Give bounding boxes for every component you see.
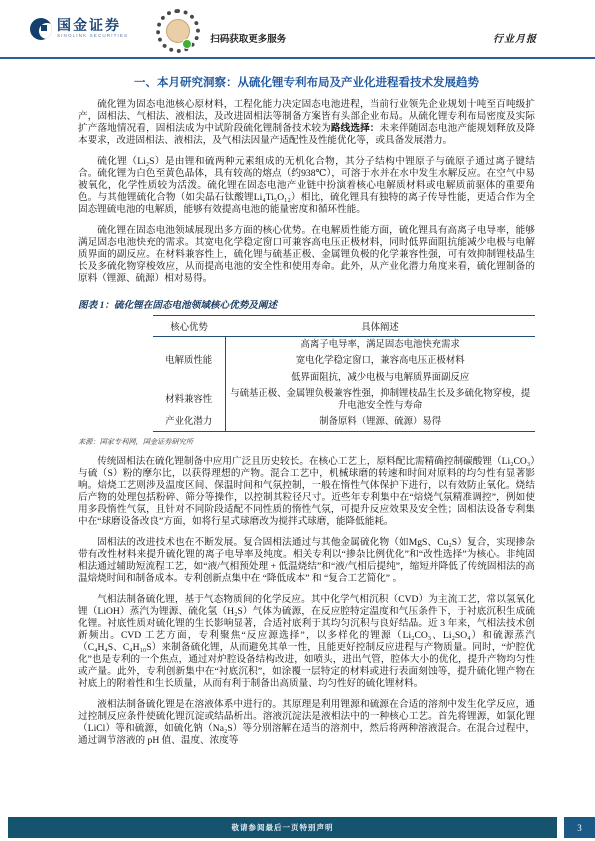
text-run: 传统固相法在硫化锂制备中应用广泛且历史较长。在核心工艺上，原料配比需精确控制碳酸… <box>78 456 535 527</box>
body-paragraph: 固相法的改进技术也在不断发展。复合固相法通过与其他金属硫化物（如MgS、Cu₂S… <box>78 537 535 585</box>
body-paragraph: 传统固相法在硫化锂制备中应用广泛且历史较长。在核心工艺上，原料配比需精确控制碳酸… <box>78 456 535 528</box>
text-run: 液相法制备硫化锂是在溶液体系中进行的。其原理是利用锂源和硫源在合适的溶剂中发生化… <box>78 699 535 746</box>
figure-title: 图表 1：硫化锂在固态电池领域核心优势及阐述 <box>78 297 535 311</box>
detail-cell: 与硫基正极、金属锂负极兼容性强，抑制锂枝晶生长及多硫化物穿梭，提升电池安全性与寿… <box>225 387 535 415</box>
column-header-detail: 具体阐述 <box>225 316 535 337</box>
footer-disclaimer-bar: 敬请参阅最后一页特别声明 <box>8 817 557 838</box>
advantage-cell: 材料兼容性 <box>153 387 225 415</box>
report-type-label: 行业月报 <box>493 30 537 45</box>
qr-code[interactable] <box>156 9 200 53</box>
page-number: 3 <box>577 823 582 833</box>
table-header-row: 核心优势 具体阐述 <box>153 316 535 337</box>
sinolink-logo-icon <box>30 18 52 40</box>
body-paragraph: 硫化锂（Li₂S）是由锂和硫两种元素组成的无机化合物，其分子结构中锂原子与硫原子… <box>78 156 535 216</box>
body-paragraph: 气相法制备硫化锂，基于气态物质间的化学反应。其中化学气相沉积（CVD）为主流工艺… <box>78 594 535 690</box>
body-paragraph: 硫化锂在固态电池领域展现出多方面的核心优势。在电解质性能方面，硫化锂具有高离子电… <box>78 225 535 285</box>
table-row: 电解质性能高离子电导率，满足固态电池快充需求 <box>153 337 535 354</box>
figure-table: 核心优势 具体阐述 电解质性能高离子电导率，满足固态电池快充需求宽电化学稳定窗口… <box>153 315 535 432</box>
sinolink-logo-text: 国金证券 SINOLINK SECURITIES <box>57 18 128 39</box>
table-row: 产业化潜力制备原料（锂源、硫源）易得 <box>153 415 535 432</box>
page-footer: 敬请参阅最后一页特别声明 3 <box>0 817 595 838</box>
text-run: 固相法的改进技术也在不断发展。复合固相法通过与其他金属硫化物（如MgS、Cu₂S… <box>78 537 535 584</box>
qr-wechat-dot-icon <box>182 39 192 49</box>
detail-cell: 低界面阻抗，减少电极与电解质界面副反应 <box>225 370 535 387</box>
advantage-cell: 电解质性能 <box>153 337 225 387</box>
body-paragraph: 液相法制备硫化锂是在溶液体系中进行的。其原理是利用锂源和硫源在合适的溶剂中发生化… <box>78 699 535 747</box>
body-paragraph: 硫化锂为固态电池核心原材料，工程化能力决定固态电池进程，当前行业领先企业规划十吨… <box>78 99 535 147</box>
footer-disclaimer-text: 敬请参阅最后一页特别声明 <box>232 822 334 833</box>
figure-block: 图表 1：硫化锂在固态电池领域核心优势及阐述 核心优势 具体阐述 电解质性能高离… <box>78 297 535 447</box>
detail-cell: 制备原料（锂源、硫源）易得 <box>225 415 535 432</box>
qr-caption: 扫码获取更多服务 <box>210 31 286 45</box>
detail-cell: 高离子电导率，满足固态电池快充需求 <box>225 337 535 354</box>
section-title: 一、本月研究洞察：从硫化锂专利布局及产业化进程看技术发展趋势 <box>78 74 535 90</box>
paragraphs-before-figure: 硫化锂为固态电池核心原材料，工程化能力决定固态电池进程，当前行业领先企业规划十吨… <box>78 99 535 285</box>
page-header: 国金证券 SINOLINK SECURITIES 扫码获取更多服务 行业月报 <box>0 0 595 57</box>
report-body: 一、本月研究洞察：从硫化锂专利布局及产业化进程看技术发展趋势 硫化锂为固态电池核… <box>0 59 595 747</box>
page-number-badge: 3 <box>564 817 595 838</box>
advantage-cell: 产业化潜力 <box>153 415 225 432</box>
column-header-advantage: 核心优势 <box>153 316 225 337</box>
figure-source: 来源：国家专利网，国金证券研究所 <box>78 437 535 447</box>
text-run: 硫化锂（Li₂S）是由锂和硫两种元素组成的无机化合物，其分子结构中锂原子与硫原子… <box>78 156 535 215</box>
logo-chinese-name: 国金证券 <box>57 18 128 33</box>
paragraphs-after-figure: 传统固相法在硫化锂制备中应用广泛且历史较长。在核心工艺上，原料配比需精确控制碳酸… <box>78 456 535 747</box>
table-body: 电解质性能高离子电导率，满足固态电池快充需求宽电化学稳定窗口，兼容高电压正极材料… <box>153 337 535 432</box>
table-row: 材料兼容性与硫基正极、金属锂负极兼容性强，抑制锂枝晶生长及多硫化物穿梭，提升电池… <box>153 387 535 415</box>
text-run: 气相法制备硫化锂，基于气态物质间的化学反应。其中化学气相沉积（CVD）为主流工艺… <box>78 594 535 689</box>
text-run: 硫化锂在固态电池领域展现出多方面的核心优势。在电解质性能方面，硫化锂具有高离子电… <box>78 225 535 284</box>
report-page: 国金证券 SINOLINK SECURITIES 扫码获取更多服务 行业月报 一… <box>0 0 595 841</box>
detail-cell: 宽电化学稳定窗口，兼容高电压正极材料 <box>225 354 535 371</box>
bold-run: 路线选择： <box>331 123 380 134</box>
logo-english-name: SINOLINK SECURITIES <box>57 33 128 39</box>
qr-section: 扫码获取更多服务 <box>156 5 286 53</box>
sinolink-logo: 国金证券 SINOLINK SECURITIES <box>30 18 128 40</box>
